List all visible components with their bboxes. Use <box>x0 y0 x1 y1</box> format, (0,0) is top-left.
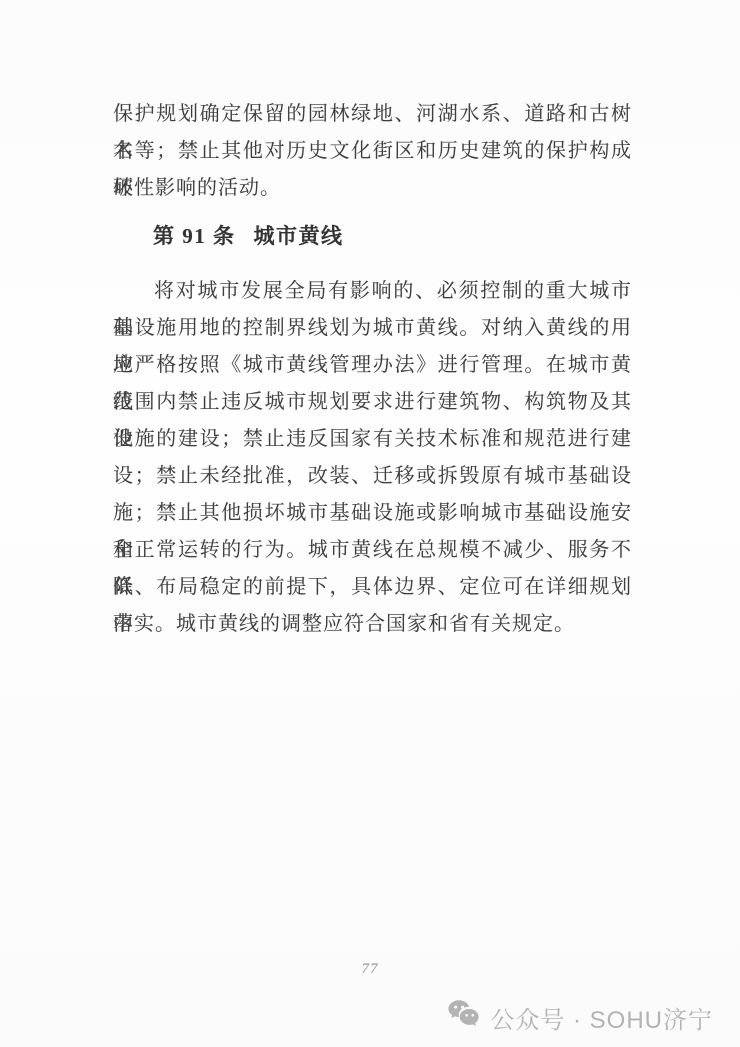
article-number: 第 91 条 <box>153 224 236 248</box>
text-line: 范围内禁止违反城市规划要求进行建筑物、构筑物及其他 <box>113 384 632 421</box>
wechat-icon <box>447 999 481 1036</box>
article-heading: 第 91 条城市黄线 <box>153 220 632 252</box>
text-line: 木等；禁止其他对历史文化街区和历史建筑的保护构成破 <box>113 133 632 170</box>
text-line: 坏性影响的活动。 <box>113 170 632 207</box>
footer-watermark: 公众号 · SOHU济宁 <box>447 999 713 1036</box>
article-title: 城市黄线 <box>254 224 344 248</box>
text-line: 和正常运转的行为。城市黄线在总规模不减少、服务不降 <box>113 532 632 569</box>
document-page: 保护规划确定保留的园林绿地、河湖水系、道路和古树名 木等；禁止其他对历史文化街区… <box>0 0 740 1047</box>
text-line: 落实。城市黄线的调整应符合国家和省有关规定。 <box>113 606 632 643</box>
page-number: 77 <box>0 961 740 978</box>
text-line: 将对城市发展全局有影响的、必须控制的重大城市基 <box>113 273 632 310</box>
text-line: 础设施用地的控制界线划为城市黄线。对纳入黄线的用地 <box>113 310 632 347</box>
body-paragraph-1: 保护规划确定保留的园林绿地、河湖水系、道路和古树名 木等；禁止其他对历史文化街区… <box>113 96 632 207</box>
text-line: 施；禁止其他损坏城市基础设施或影响城市基础设施安全 <box>113 495 632 532</box>
text-line: 保护规划确定保留的园林绿地、河湖水系、道路和古树名 <box>113 96 632 133</box>
text-line: 低、布局稳定的前提下，具体边界、定位可在详细规划中 <box>113 569 632 606</box>
page-content: 保护规划确定保留的园林绿地、河湖水系、道路和古树名 木等；禁止其他对历史文化街区… <box>113 96 632 643</box>
body-paragraph-2: 将对城市发展全局有影响的、必须控制的重大城市基 础设施用地的控制界线划为城市黄线… <box>113 273 632 643</box>
watermark-label: 公众号 · SOHU济宁 <box>490 1000 713 1035</box>
text-line: 设施的建设；禁止违反国家有关技术标准和规范进行建 <box>113 421 632 458</box>
text-line: 应严格按照《城市黄线管理办法》进行管理。在城市黄线 <box>113 347 632 384</box>
text-line: 设；禁止未经批准，改装、迁移或拆毁原有城市基础设 <box>113 458 632 495</box>
